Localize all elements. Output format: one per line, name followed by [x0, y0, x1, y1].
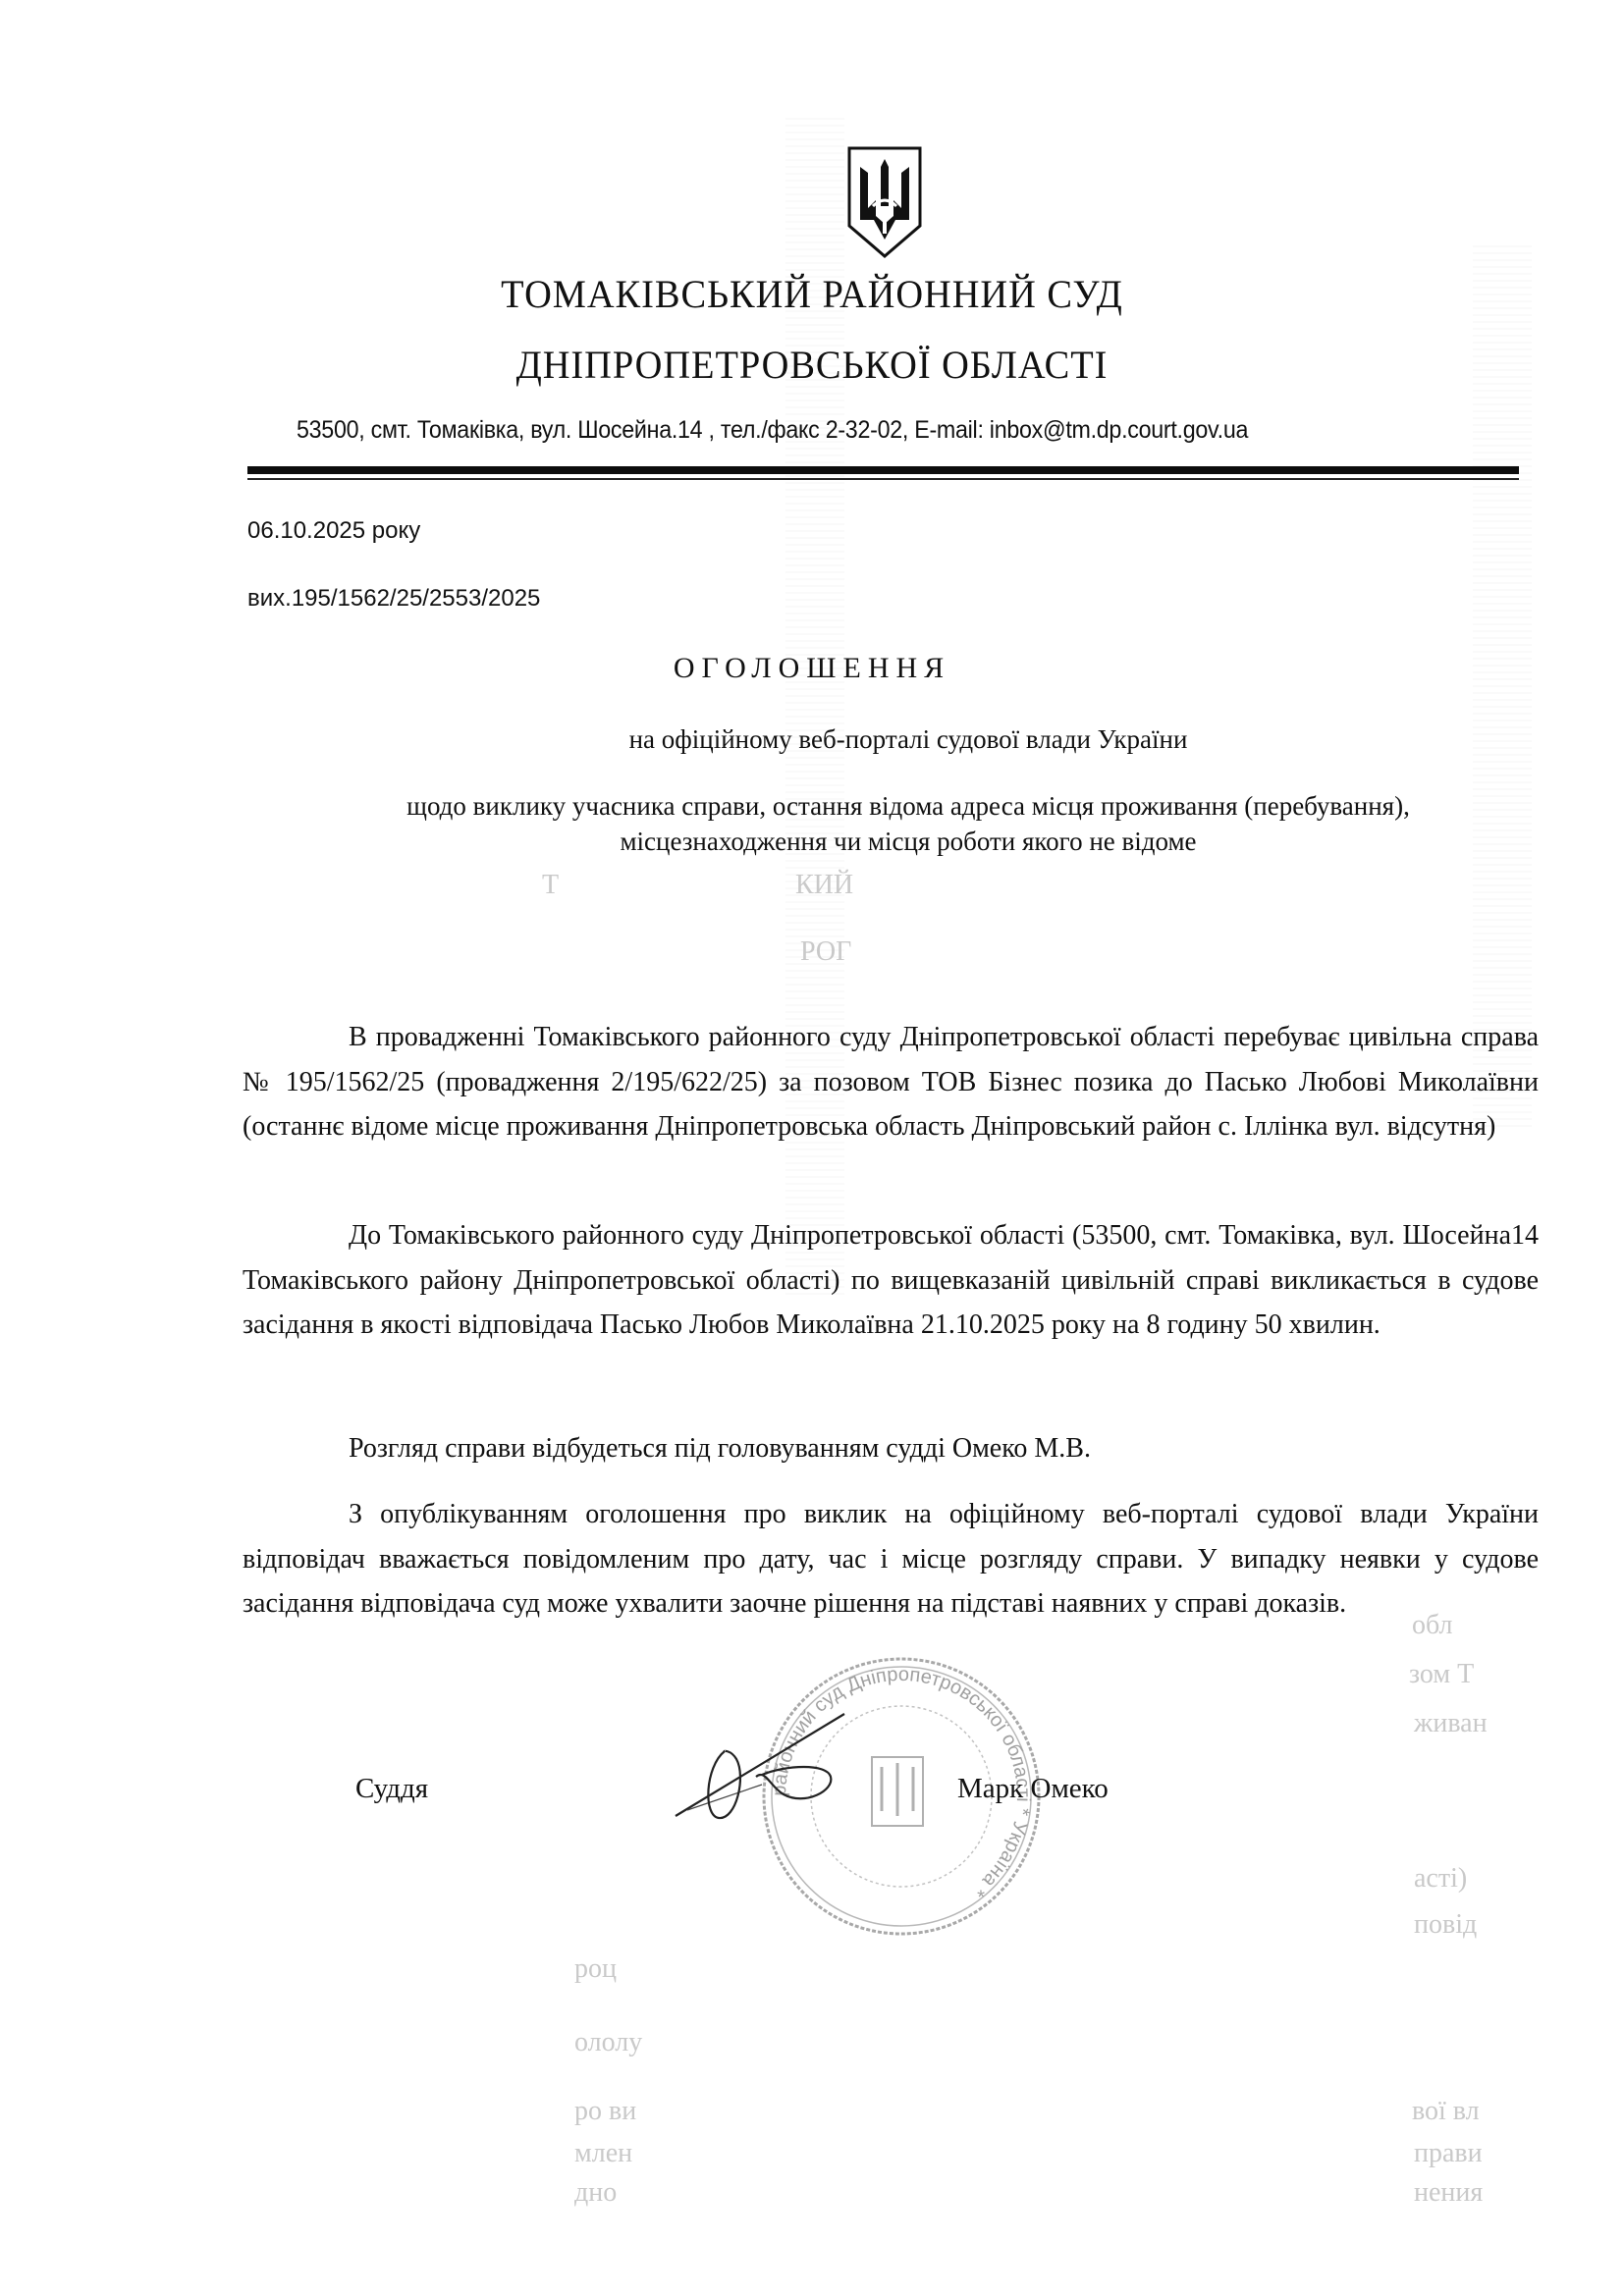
scan-artifact: обл — [1412, 1610, 1453, 1641]
scan-artifact: нения — [1414, 2177, 1483, 2209]
court-name-line1: ТОМАКІВСЬКИЙ РАЙОННИЙ СУД — [32, 271, 1592, 317]
signatory-role: Суддя — [355, 1773, 428, 1805]
body-paragraph-case: В провадженні Томаківського районного су… — [243, 1015, 1539, 1149]
scan-artifact: живан — [1414, 1708, 1488, 1739]
scan-artifact: млен — [574, 2138, 632, 2169]
announcement-purpose-line1: щодо виклику учасника справи, остання ві… — [236, 791, 1581, 822]
body-paragraph-summons: До Томаківського районного суду Дніпропе… — [243, 1213, 1539, 1348]
scan-artifact: ололу — [574, 2027, 642, 2058]
handwritten-signature-icon — [668, 1708, 884, 1845]
scan-artifact: прави — [1414, 2138, 1483, 2169]
scan-artifact: ро ви — [574, 2096, 636, 2127]
court-name-line2: ДНІПРОПЕТРОВСЬКОЇ ОБЛАСТІ — [32, 342, 1592, 388]
header-divider-thick — [247, 466, 1519, 474]
scan-artifact: РОГ — [800, 936, 851, 968]
announcement-title: ОГОЛОШЕННЯ — [0, 652, 1624, 685]
outgoing-number: вих.195/1562/25/2553/2025 — [247, 585, 540, 613]
scan-artifact: асті) — [1414, 1863, 1467, 1895]
scan-artifact: вої вл — [1412, 2096, 1480, 2127]
scan-artifact: повід — [1414, 1909, 1477, 1941]
trident-coat-of-arms-icon — [846, 145, 923, 259]
scan-artifact: роц — [574, 1953, 617, 1985]
scan-artifact: Т — [542, 870, 559, 901]
scan-artifact: зом Т — [1409, 1659, 1474, 1690]
announcement-purpose-line2: місцезнаходження чи місця роботи якого н… — [236, 827, 1581, 857]
scan-artifact: дно — [574, 2177, 617, 2209]
document-date: 06.10.2025 року — [247, 517, 420, 545]
announcement-subtitle: на офіційному веб-порталі судової влади … — [236, 724, 1581, 755]
body-paragraph-judge: Розгляд справи відбудеться під головуван… — [243, 1426, 1539, 1471]
scan-artifact: КИЙ — [795, 870, 853, 901]
body-paragraph-notice: З опублікуванням оголошення про виклик н… — [243, 1492, 1539, 1627]
signatory-name: Марк Омеко — [957, 1773, 1109, 1805]
header-divider-thin — [247, 478, 1519, 480]
court-address: 53500, смт. Томаківка, вул. Шосейна.14 ,… — [297, 416, 1248, 445]
